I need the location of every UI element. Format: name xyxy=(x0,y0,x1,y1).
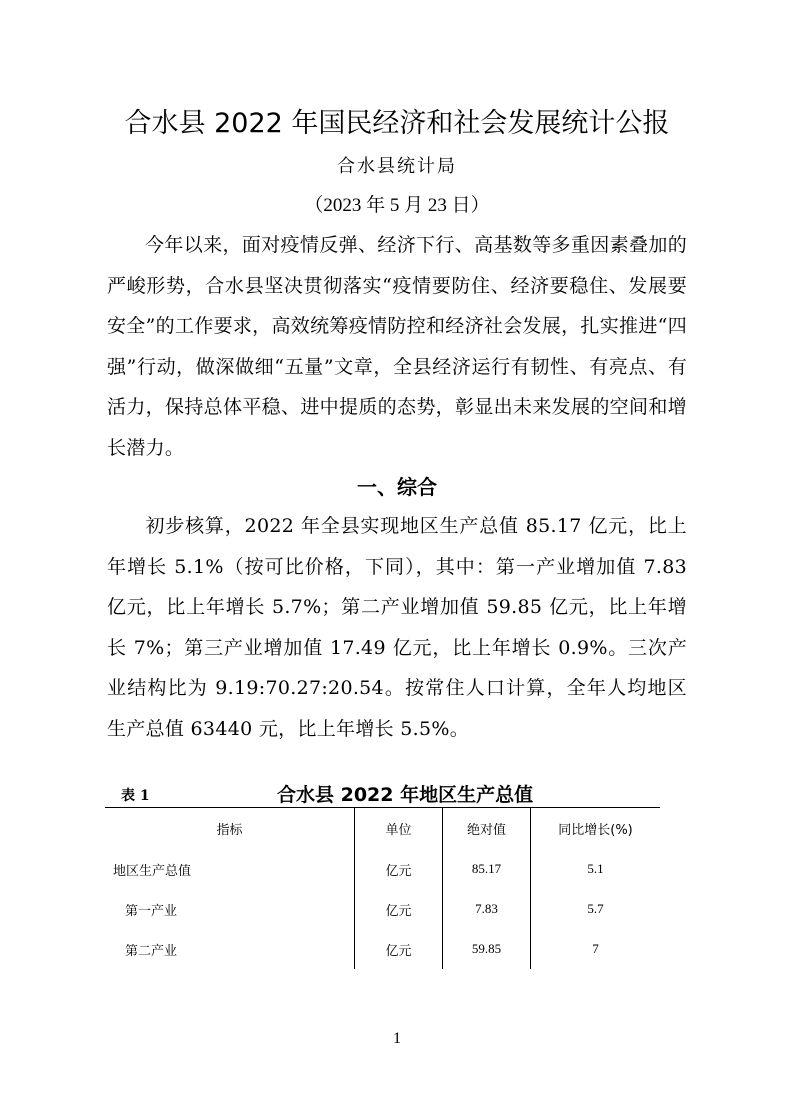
intro-paragraph: 今年以来，面对疫情反弹、经济下行、高基数等多重因素叠加的严峻形势，合水县坚决贯彻… xyxy=(107,225,687,468)
value-cell: 7.83 xyxy=(443,889,531,929)
table-row: 第一产业 亿元 7.83 5.7 xyxy=(105,889,660,929)
document-title: 合水县 2022 年国民经济和社会发展统计公报 xyxy=(0,101,794,140)
gdp-table: 指标 单位 绝对值 同比增长(%) 地区生产总值 亿元 85.17 5.1 第一… xyxy=(105,807,660,969)
publish-date: （2023 年 5 月 23 日） xyxy=(0,190,794,217)
unit-cell: 亿元 xyxy=(355,849,443,889)
growth-cell: 5.7 xyxy=(531,889,660,929)
table-header-row: 指标 单位 绝对值 同比增长(%) xyxy=(105,808,660,849)
value-cell: 85.17 xyxy=(443,849,531,889)
table-title: 合水县 2022 年地区生产总值 xyxy=(277,780,533,807)
summary-paragraph: 初步核算，2022 年全县实现地区生产总值 85.17 亿元，比上年增长 5.1… xyxy=(107,506,687,749)
header-growth: 同比增长(%) xyxy=(531,808,660,849)
indicator-cell: 第二产业 xyxy=(105,929,355,969)
header-value: 绝对值 xyxy=(443,808,531,849)
value-cell: 59.85 xyxy=(443,929,531,969)
indicator-cell: 地区生产总值 xyxy=(105,849,355,889)
growth-cell: 7 xyxy=(531,929,660,969)
table-row: 第二产业 亿元 59.85 7 xyxy=(105,929,660,969)
issuer: 合水县统计局 xyxy=(0,152,794,178)
unit-cell: 亿元 xyxy=(355,929,443,969)
table-row: 地区生产总值 亿元 85.17 5.1 xyxy=(105,849,660,889)
summary-text: 初步核算，2022 年全县实现地区生产总值 85.17 亿元，比上年增长 5.1… xyxy=(107,515,687,740)
header-indicator: 指标 xyxy=(105,808,355,849)
table-caption: 表 1 合水县 2022 年地区生产总值 xyxy=(107,780,660,806)
table-label: 表 1 xyxy=(121,785,150,805)
section-heading: 一、综合 xyxy=(0,471,794,500)
unit-cell: 亿元 xyxy=(355,889,443,929)
intro-text: 今年以来，面对疫情反弹、经济下行、高基数等多重因素叠加的严峻形势，合水县坚决贯彻… xyxy=(107,234,687,459)
header-unit: 单位 xyxy=(355,808,443,849)
page-number: 1 xyxy=(0,1030,794,1048)
indicator-cell: 第一产业 xyxy=(105,889,355,929)
growth-cell: 5.1 xyxy=(531,849,660,889)
